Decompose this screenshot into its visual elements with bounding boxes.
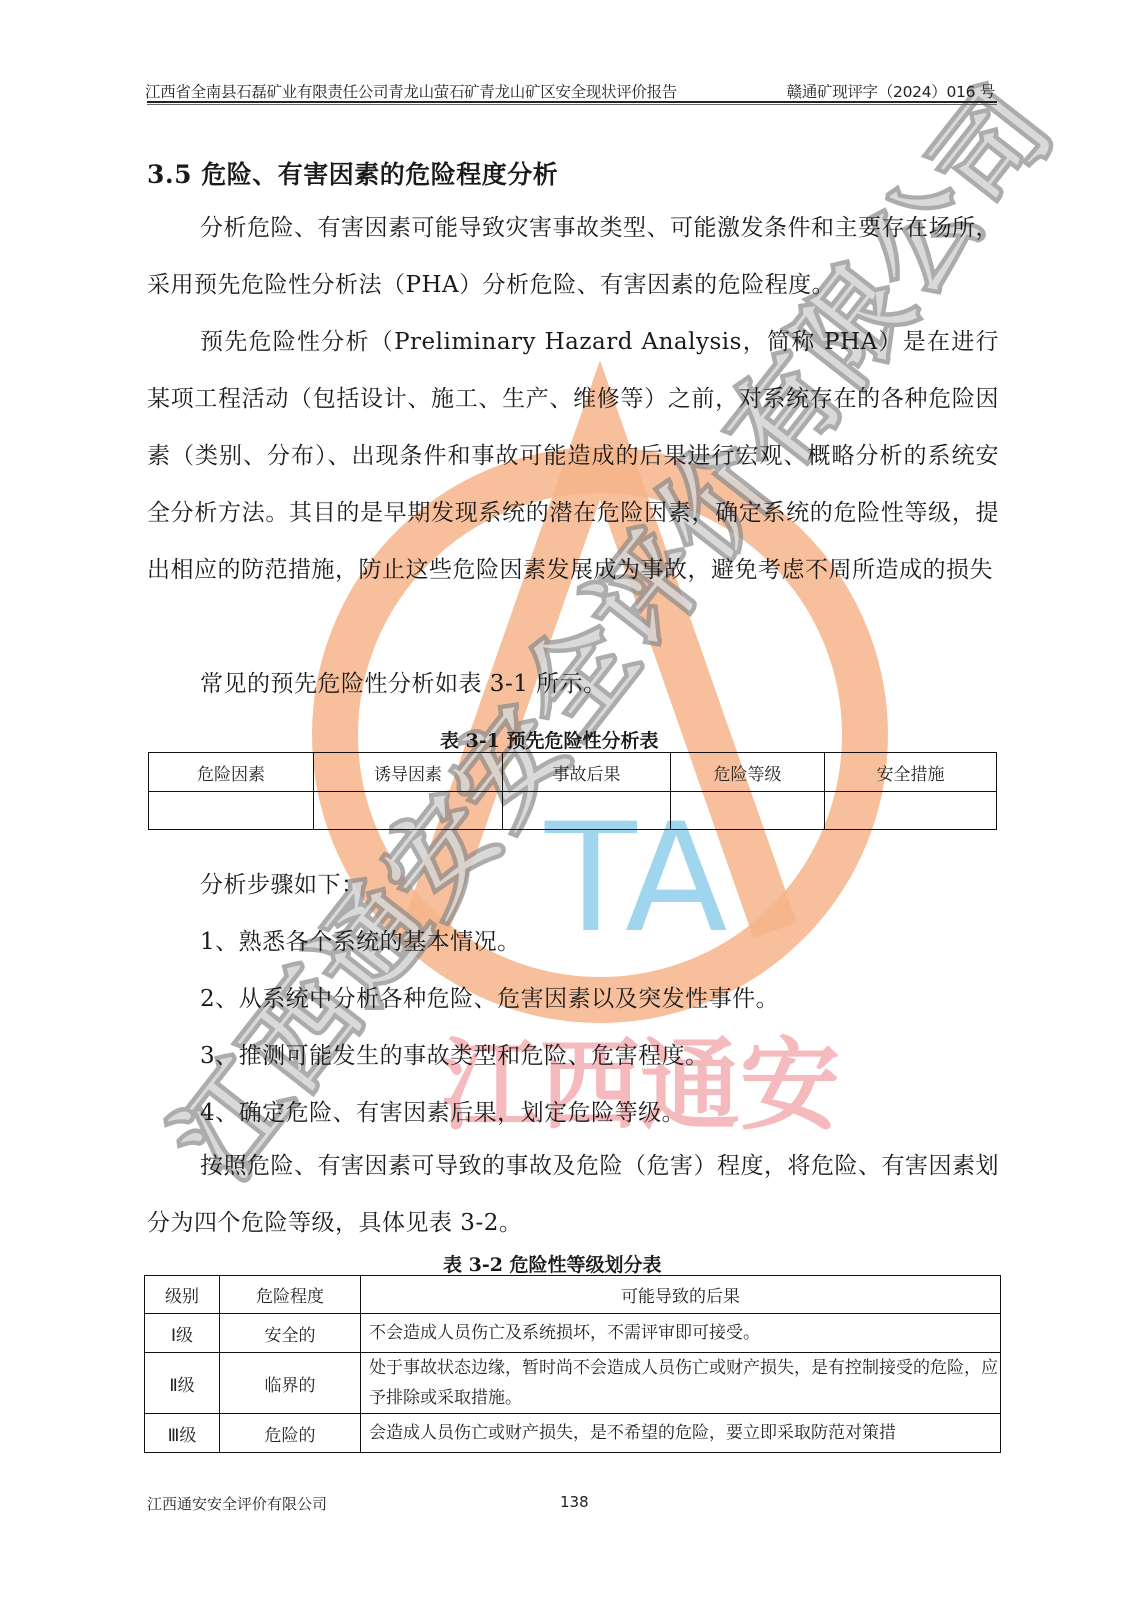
pha-table: 危险因素 诱导因素 事故后果 危险等级 安全措施 <box>148 752 997 830</box>
degree-cell: 安全的 <box>220 1314 361 1353</box>
consequence-cell: 不会造成人员伤亡及系统损坏，不需评审即可接受。 <box>361 1314 1001 1353</box>
level-cell: Ⅱ级 <box>145 1353 220 1414</box>
table-header-cell: 可能导致的后果 <box>361 1276 1001 1314</box>
table-row: Ⅰ级 安全的 不会造成人员伤亡及系统损坏，不需评审即可接受。 <box>145 1314 1001 1353</box>
table-header-cell: 安全措施 <box>825 753 997 792</box>
table-header-cell: 危险等级 <box>671 753 825 792</box>
degree-cell: 危险的 <box>220 1414 361 1453</box>
table-header-cell: 事故后果 <box>503 753 671 792</box>
section-heading: 3.5 危险、有害因素的危险程度分析 <box>147 155 558 191</box>
table-cell <box>314 792 503 830</box>
table-cell <box>671 792 825 830</box>
table-row <box>149 792 997 830</box>
steps-intro: 分析步骤如下： <box>200 866 365 899</box>
running-header: 江西省全南县石磊矿业有限责任公司青龙山萤石矿青龙山矿区安全现状评价报告 赣通矿现… <box>145 80 995 102</box>
page-number: 138 <box>560 1493 589 1511</box>
report-title: 江西省全南县石磊矿业有限责任公司青龙山萤石矿青龙山矿区安全现状评价报告 <box>145 80 677 102</box>
paragraph-table-ref: 常见的预先危险性分析如表 3-1 所示。 <box>147 656 999 713</box>
step-item: 3、推测可能发生的事故类型和危险、危害程度。 <box>200 1037 709 1070</box>
level-cell: Ⅰ级 <box>145 1314 220 1353</box>
table-header-row: 级别 危险程度 可能导致的后果 <box>145 1276 1001 1314</box>
degree-cell: 临界的 <box>220 1353 361 1414</box>
footer-company: 江西通安安全评价有限公司 <box>147 1493 327 1514</box>
paragraph-intro: 分析危险、有害因素可能导致灾害事故类型、可能激发条件和主要存在场所，采用预先危险… <box>147 200 999 314</box>
level-cell: Ⅲ级 <box>145 1414 220 1453</box>
table-cell <box>149 792 314 830</box>
paragraph-pha-definition: 预先危险性分析（Preliminary Hazard Analysis，简称 P… <box>147 314 999 599</box>
table-row: Ⅲ级 危险的 会造成人员伤亡或财产损失，是不希望的危险，要立即采取防范对策措 <box>145 1414 1001 1453</box>
consequence-cell: 会造成人员伤亡或财产损失，是不希望的危险，要立即采取防范对策措 <box>361 1414 1001 1453</box>
paragraph-levels: 按照危险、有害因素可导致的事故及危险（危害）程度，将危险、有害因素划分为四个危险… <box>147 1138 999 1252</box>
step-item: 2、从系统中分析各种危险、危害因素以及突发性事件。 <box>200 980 779 1013</box>
table-header-cell: 危险程度 <box>220 1276 361 1314</box>
table-header-row: 危险因素 诱导因素 事故后果 危险等级 安全措施 <box>149 753 997 792</box>
consequence-cell: 处于事故状态边缘，暂时尚不会造成人员伤亡或财产损失，是有控制接受的危险，应予排除… <box>361 1353 1001 1414</box>
table-cell <box>503 792 671 830</box>
report-number: 赣通矿现评字（2024）016 号 <box>787 80 995 102</box>
table-header-cell: 危险因素 <box>149 753 314 792</box>
header-rule <box>147 101 997 103</box>
table-cell <box>825 792 997 830</box>
step-item: 4、确定危险、有害因素后果，划定危险等级。 <box>200 1094 685 1127</box>
table-header-cell: 级别 <box>145 1276 220 1314</box>
step-item: 1、熟悉各个系统的基本情况。 <box>200 923 521 956</box>
table-row: Ⅱ级 临界的 处于事故状态边缘，暂时尚不会造成人员伤亡或财产损失，是有控制接受的… <box>145 1353 1001 1414</box>
table1-caption: 表 3-1 预先危险性分析表 <box>440 726 659 753</box>
hazard-level-table: 级别 危险程度 可能导致的后果 Ⅰ级 安全的 不会造成人员伤亡及系统损坏，不需评… <box>144 1275 1001 1453</box>
table-header-cell: 诱导因素 <box>314 753 503 792</box>
header-rule-thin <box>147 104 997 105</box>
table2-caption: 表 3-2 危险性等级划分表 <box>443 1250 662 1277</box>
